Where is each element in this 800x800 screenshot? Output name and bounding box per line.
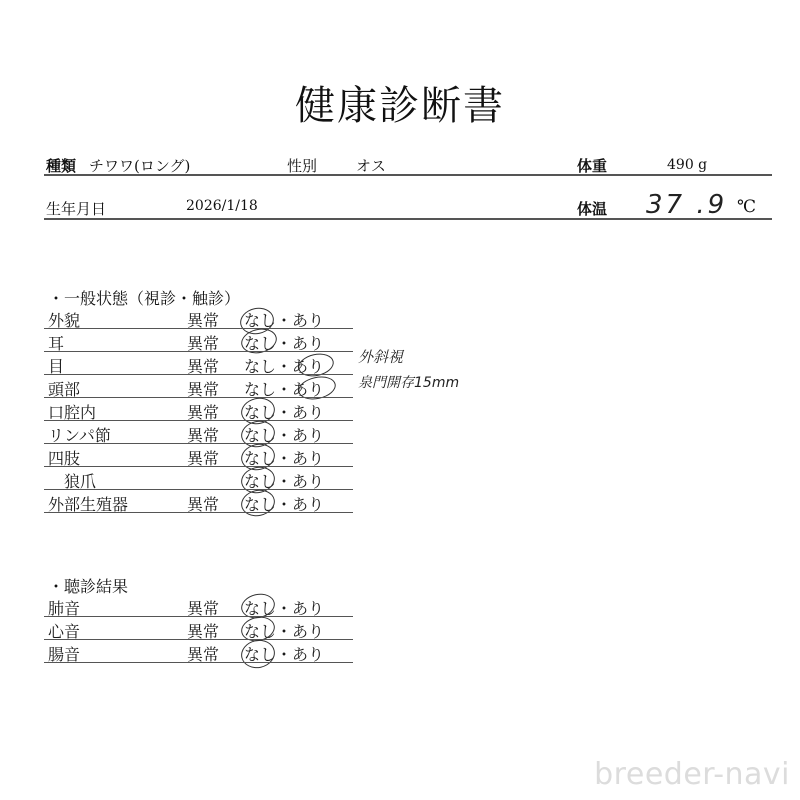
general-row-eyes: 目 異常 なし・あり <box>44 352 353 375</box>
weight-label: 体重 <box>577 155 607 176</box>
birth-label: 生年月日 <box>46 198 106 219</box>
general-row-oral: 口腔内 異常 なし・あり <box>44 398 353 421</box>
general-row-dewclaw: 狼爪 なし・あり <box>44 467 353 490</box>
general-row-appearance: 外貌 異常 なし・あり <box>44 306 353 329</box>
auscultation-row-lung: 肺音 異常 なし・あり <box>44 594 353 617</box>
weight-value: 490 g <box>667 157 707 173</box>
general-row-genitals: 外部生殖器 異常 なし・あり <box>44 490 353 513</box>
temp-label: 体温 <box>577 198 607 219</box>
sex-label: 性別 <box>287 155 317 176</box>
header-divider-2 <box>44 218 772 220</box>
general-row-lymph: リンパ節 異常 なし・あり <box>44 421 353 444</box>
breed-value: チワワ(ロング) <box>89 155 190 176</box>
row-divider <box>44 662 353 664</box>
auscultation-row-heart: 心音 異常 なし・あり <box>44 617 353 640</box>
breed-label: 種類 <box>46 155 76 176</box>
eye-note: 外斜視 <box>358 346 403 367</box>
row-divider <box>44 512 353 514</box>
general-row-limbs: 四肢 異常 なし・あり <box>44 444 353 467</box>
auscultation-row-bowel: 腸音 異常 なし・あり <box>44 640 353 663</box>
sex-value: オス <box>356 155 386 176</box>
document-title: 健康診断書 <box>0 74 800 131</box>
birth-value: 2026/1/18 <box>186 198 258 214</box>
temp-value: 37 .9 <box>646 190 727 220</box>
watermark: breeder-navi <box>594 757 790 792</box>
header-divider-1 <box>44 174 772 176</box>
general-row-head: 頭部 異常 なし・あり <box>44 375 353 398</box>
temp-unit: ℃ <box>737 197 756 217</box>
head-note: 泉門開存15mm <box>358 372 459 392</box>
general-row-ears: 耳 異常 なし・あり <box>44 329 353 352</box>
